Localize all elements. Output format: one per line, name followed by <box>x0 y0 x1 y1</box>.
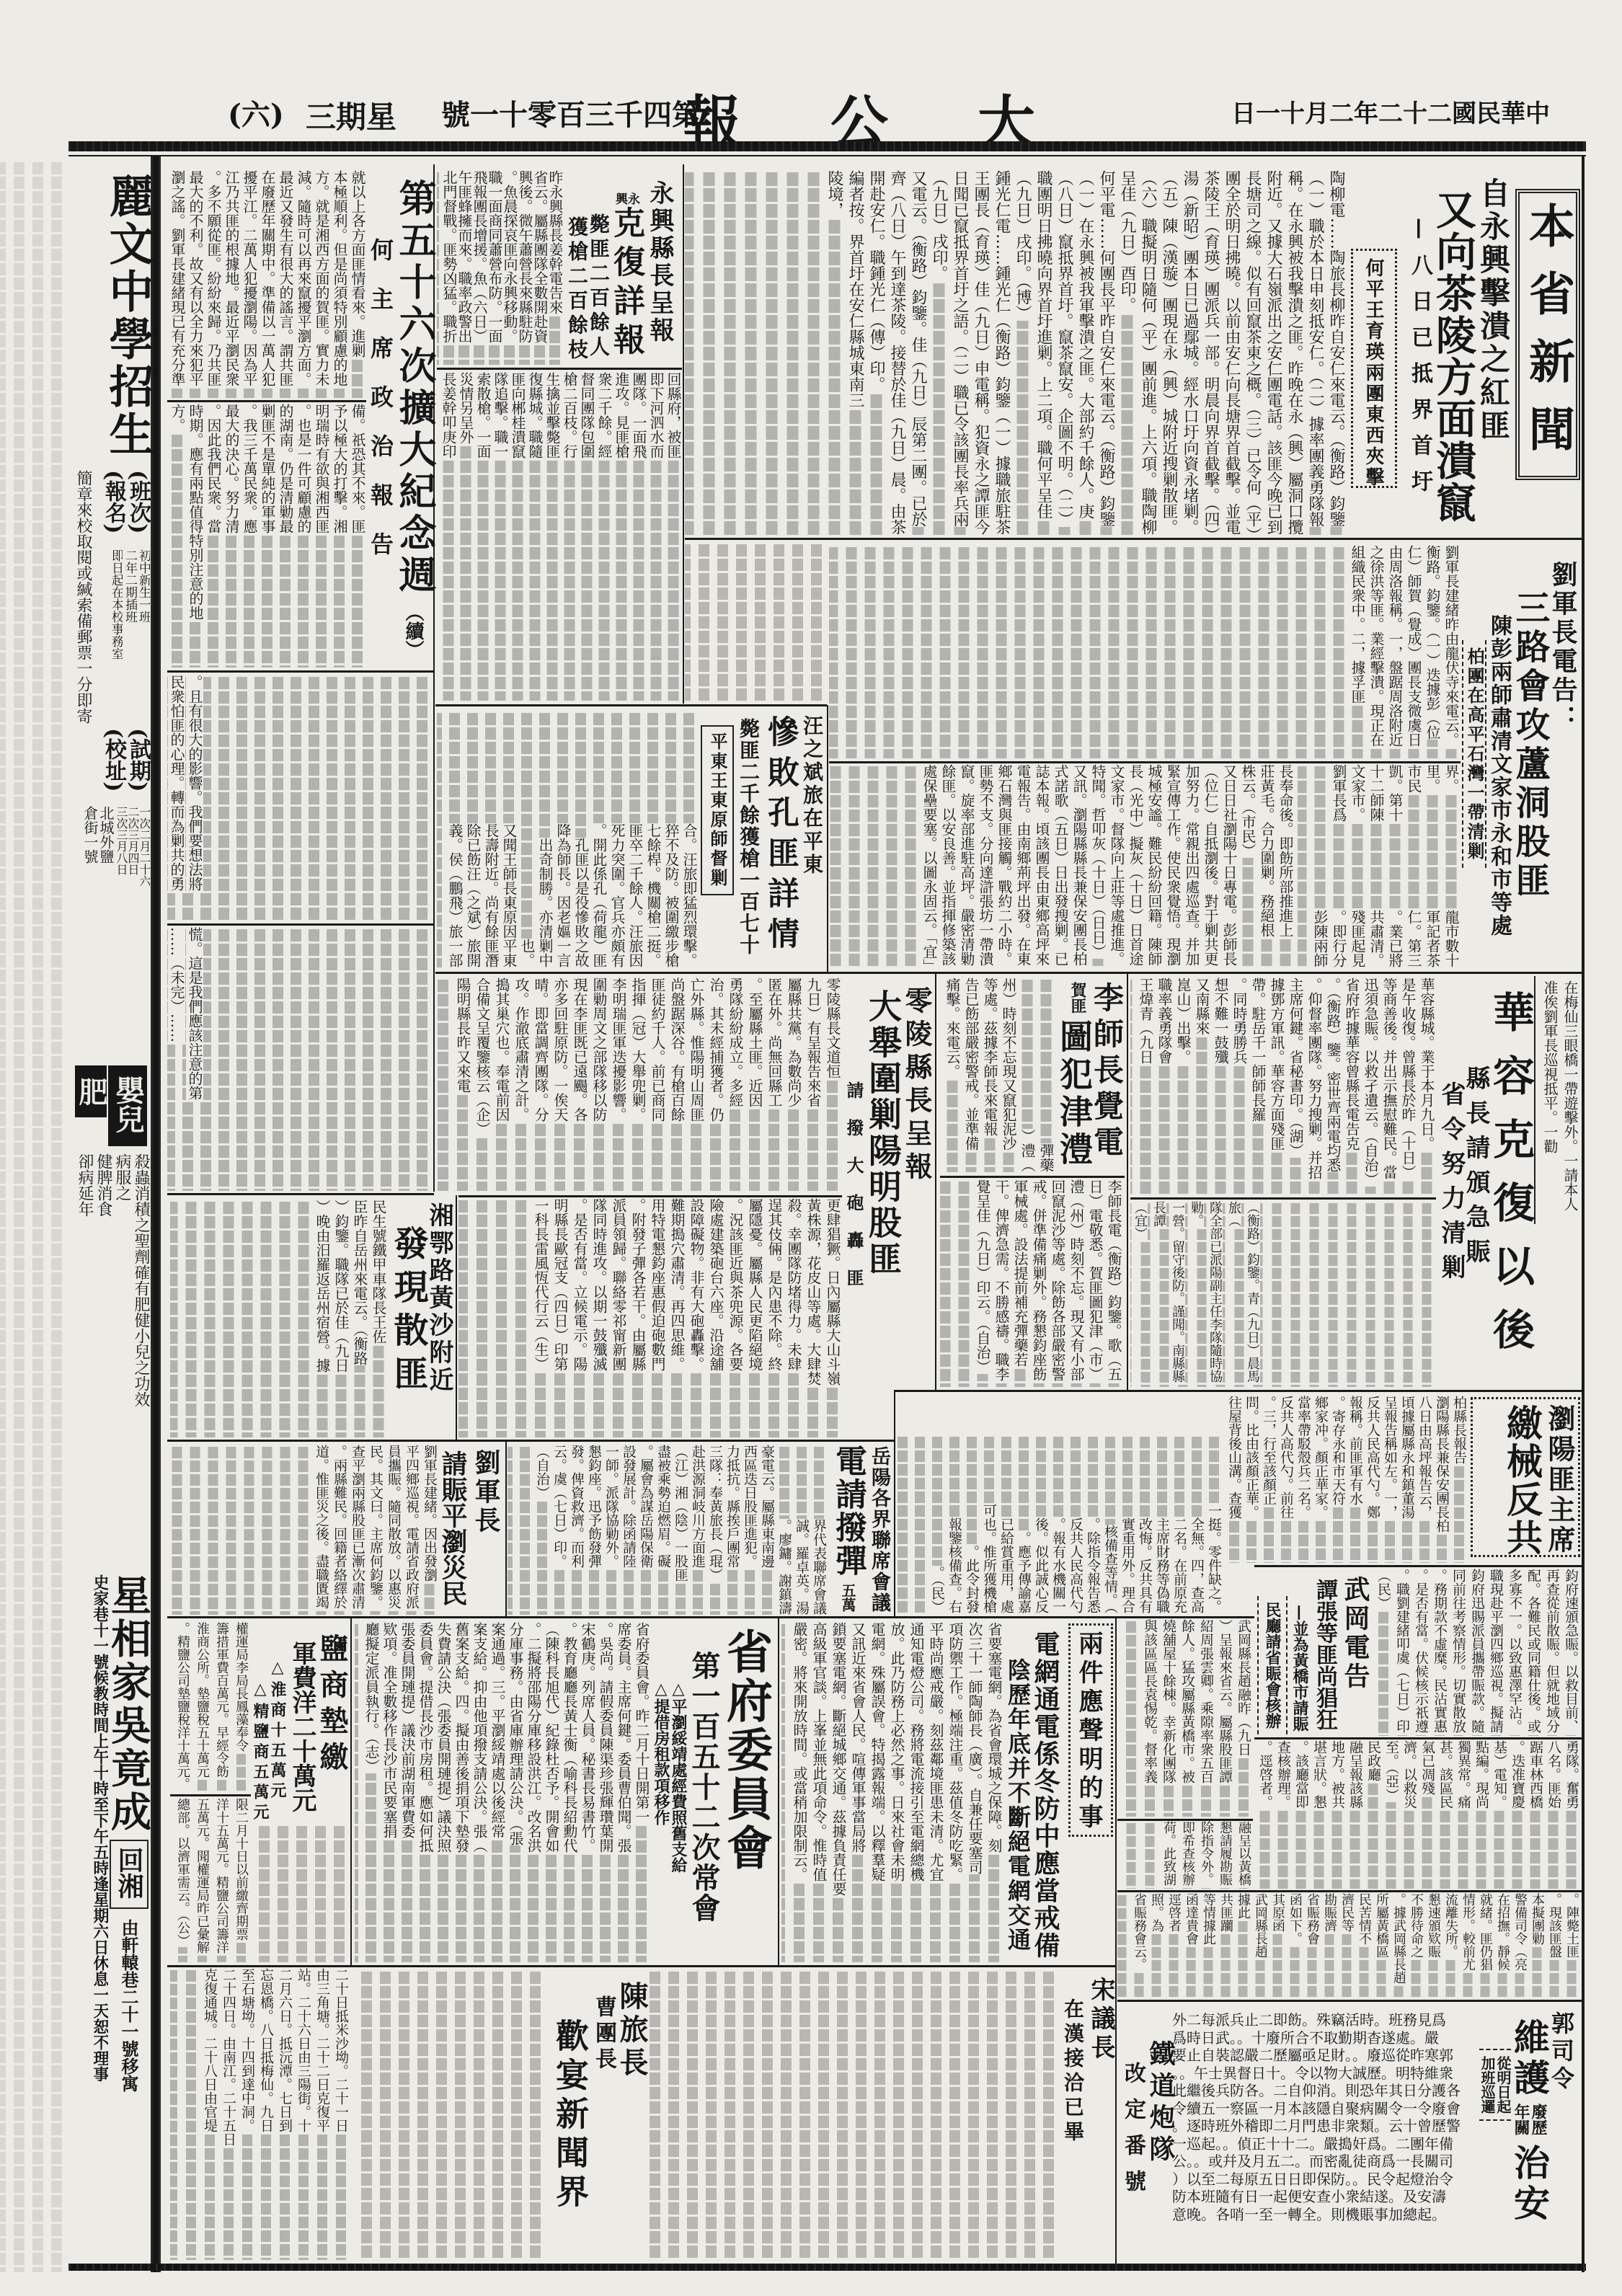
text-column: 隊同時進攻。以期一鼓殲滅 <box>589 1198 608 1437</box>
column-rule <box>167 1193 434 1195</box>
text-column-content: 合備文呈覆鑒核云（企） <box>474 978 491 1136</box>
subheadline-column: 從明日起加班巡邏 <box>1479 2056 1511 2114</box>
text-column: 。同時勇勝兵 <box>1230 978 1249 1194</box>
text-column-content: （宜） <box>1133 1201 1148 1240</box>
text-column: 就以上各方面匪情看來。進剿 <box>348 170 366 398</box>
text-column: （自治） <box>533 1445 551 1615</box>
text-column-content: 省府昨據華容曾縣長電告克 <box>1343 978 1360 1151</box>
text-column-content: 張委員開璉提）議決前湖南軍費委 <box>399 1622 416 1838</box>
text-column: 堪言狀。懇 <box>1310 1740 1328 1889</box>
text-column: 函如下。 <box>1286 1893 1303 1998</box>
text-column-content: 。三，行至該顏正 <box>1261 1396 1277 1505</box>
text-column-content: 。業已將 <box>1386 910 1404 967</box>
text-column: 陵境， <box>824 170 845 535</box>
text-column-content: 平四鄉巡視。電請省政府派 <box>404 1445 420 1609</box>
article-body: 更肆猖獗。日內屬縣大山斗嶺黃株源，花皮山等處。大肆焚殺。幸團隊防堵得力。未肆逞其… <box>458 1198 842 1437</box>
text-column: 可也。惟所獲機槍 <box>980 1435 998 1613</box>
text-column-content: 至石塘坳。十四到達中洞。 <box>239 1968 255 2132</box>
kicker: 曹團長 <box>593 1995 614 2073</box>
text-column: 點編。現尚 <box>1472 1740 1490 1889</box>
text-column-content: 明瑞時有欲與湘西匪 <box>313 404 330 533</box>
text-column: 民。其文曰。主席何鈞鑒。 <box>366 1445 384 1615</box>
text-column: 項防禦工作。極端注重。茲值冬防吃緊。 <box>945 1622 965 1962</box>
text-column-content: 總部。以濟軍需云。（公） <box>175 1798 190 1947</box>
headline-small-text: 廢歷年關 <box>1512 2104 1547 2135</box>
text-column-content: 鈞府迅賜派員攜帶賑款。隨 <box>1469 1569 1485 1733</box>
text-column-content: 興後。微午蕭營長來縣駐防 <box>516 170 533 343</box>
text-column: 逕啓者 <box>1165 1893 1182 1998</box>
text-column-content: 基）電知。 <box>1492 1740 1507 1809</box>
text-column-content: 實重用外。理合 <box>1120 1517 1135 1613</box>
text-column-content: 合。汪旅即猛烈環擊。 <box>681 823 698 967</box>
text-column: 頃據屬縣永和鎮董湯 <box>1399 1396 1416 1563</box>
text-column: （陳科長旭代）紀錄杜否予。開會如 <box>542 1622 560 1962</box>
text-column-content: 險處建築砲台六座。沿途舖 <box>707 1198 724 1371</box>
kicker: 零陵縣長呈報 <box>903 986 930 1185</box>
text-column: 至石塘坳。十四到達中洞。 <box>238 1968 257 2260</box>
text-column-content: 進攻。見匪槍 <box>613 372 630 458</box>
text-column-content: 已給賞重用，處 <box>998 1517 1014 1613</box>
text-column-content: 北門督戰。匪勢凶猛。職折 <box>440 170 458 343</box>
text-column-content: 州）時刻不忘現又竄犯泥沙 <box>1000 978 1017 1151</box>
text-column-content: 屬縣共黨。為數尚少 <box>785 978 802 1107</box>
masthead-rule <box>68 141 1586 151</box>
text-column: 流離失所。 <box>1442 1893 1459 1998</box>
text-column: 指揮（冠）大舉兜剿。 <box>628 978 647 1191</box>
text-column-content: 鈞府速頒急賑。以救目前、 <box>1563 1569 1579 1733</box>
jump-box-column: 在梅仙三眼橋一帶遊擊外。一請本人准俟劉軍長巡視抵平。一勸 <box>1540 980 1580 1223</box>
text-column: 剿匪不是單純的軍事 <box>258 404 276 668</box>
text-column-content: （九日）戌印。 <box>930 170 948 281</box>
text-column: 配。各難民或同籍仕後。或 <box>1524 1569 1543 1736</box>
text-column-content: 與該區區長袁惕乾。督率義 <box>1142 1619 1158 1783</box>
text-column: 。業已將 <box>1386 851 1404 967</box>
text-column: 出奇制勝。亦清剿中 <box>536 711 554 967</box>
text-column: 民衆怕匪的心理。轉而為剿共的勇 <box>167 675 185 920</box>
text-column: 道。惟匪災之後。盡職匱竭 <box>312 1445 330 1615</box>
text-column: 克復通城。二十八日由官堤 <box>200 1968 219 2260</box>
text-column-content: 反共人民高代勺。鄭 <box>1365 1396 1381 1519</box>
text-column: 其原函 <box>1269 1893 1286 1998</box>
text-column-content: 復縣城。職隨 <box>526 372 544 458</box>
text-column-content: 。我三千萬民衆。應 <box>241 404 258 533</box>
text-column-content: 減。隨時可以再來竄擾平瀏方面。 <box>295 170 312 386</box>
text-column-content: 仁。第三 <box>1405 910 1422 967</box>
text-column: 淮商公所。墊鹽稅五十萬元 <box>192 1622 212 1792</box>
text-column: 。因此我們民衆。當 <box>204 404 222 668</box>
text-column: 方。就是湘西方面的賀匪。實力未 <box>312 170 330 398</box>
text-column: 。附發子彈各若干。由屬縣 <box>628 1198 647 1437</box>
text-column-content: 又聞王師長東原因平東 <box>500 823 518 967</box>
text-column: 欵項。准全數移作長沙市民要塞捐 <box>380 1622 398 1962</box>
text-column: 擾平江。二萬人犯擾瀏陽。因為平 <box>240 170 258 398</box>
text-column-content: 洋十五萬元。精鹽公司籌洋 <box>214 1798 229 1954</box>
text-column-content: 再查從前散賑。但就地域分 <box>1544 1569 1560 1733</box>
text-column-content: 民苦情不 <box>1357 1893 1372 1945</box>
headline: 克復詳報 <box>610 206 642 362</box>
text-column: 昨永興縣長姜幹電告來 <box>547 170 562 365</box>
text-column-content: 備。祇恐其不來。匪 <box>349 404 366 533</box>
text-column-content: 匪卒二千餘人。汪旅因 <box>626 823 644 967</box>
text-column: 報鑒核備查。右 <box>946 1435 963 1613</box>
text-column-content: 籌措軍費百萬元。早經令飭 <box>214 1622 229 1778</box>
text-column-content: 。逐時班外稽即二月門患非衆類。云十曾歷警 <box>1172 2117 1461 2135</box>
text-column: 七餘桿。機關槍二挺。 <box>644 711 662 967</box>
text-column-content: 擾平江。二萬人犯擾瀏陽。因為平 <box>241 170 258 386</box>
ad-label-exam: (試期) <box>127 728 149 792</box>
ad-note: 簡章來校取閱或緘索備郵票一分即寄 <box>75 470 91 724</box>
text-column-content: 零陵縣長文道恒 <box>824 978 841 1078</box>
text-column: 查核辦理。 <box>1274 1740 1292 1889</box>
text-column: 再查從前散賑。但就地域分 <box>1543 1569 1561 1736</box>
text-column: 。寄存永和市天符 <box>1329 1396 1347 1563</box>
headline-small: 賀匪 <box>1070 982 1086 1014</box>
headline: 譚張等匪尚猖狂 <box>1313 1579 1335 1730</box>
text-column: 除指令外。 <box>1197 1821 1215 1889</box>
text-column: 險處建築砲台六座。沿途舖 <box>706 1198 725 1437</box>
text-column-content: 時期。應有兩點值得特別注意的地 <box>187 404 204 620</box>
boxed-subhead: 平東王東原師督剿 <box>709 732 726 888</box>
text-column-content: 燒舖屋十餘棟。幸新化團隊 <box>1161 1619 1176 1783</box>
text-column: 也。 <box>518 711 536 967</box>
article-body-glyph-rows: 外二每派兵止二即飭。殊竊活時。班務見爲爲時日武。。十廢所合不取勤期杳遂處。嚴要止… <box>1172 2011 1476 2228</box>
text-column-content: 。現該匪盤 <box>1547 1893 1562 1958</box>
text-column-content: 失費請公決（張委員開璉提）議決照 <box>435 1622 452 1853</box>
text-column-content: 濟。以救災 <box>1401 1740 1417 1809</box>
text-column-content: 華容縣城。業于本月九日。 <box>1418 978 1435 1151</box>
text-column-content: 當率帶駁殼兵二名。 <box>1295 1396 1311 1519</box>
text-column-content: 。（民） <box>929 1566 945 1614</box>
text-column: 。屬會為謀岳陽保衛 <box>637 1445 655 1615</box>
newspaper-page: (六) 星期三 第四千三百零十一號 大公報 中華民國二十二年二月十一日 麗文中學… <box>0 0 1622 2296</box>
text-column: 次三十一師陶師長（廣）。自兼任要塞司 <box>965 1622 984 1962</box>
headline: 請賑平瀏災民 <box>440 1450 466 1606</box>
text-column: 誠。羅卓英。湯 <box>793 1445 810 1615</box>
kicker: 岳陽各界聯席會議 <box>869 1446 889 1613</box>
text-column-content: 八日由高坪報告云， <box>1417 1396 1432 1519</box>
text-column: 。教育廳廳長黃士衡（喻科長紹勳代 <box>560 1622 578 1962</box>
text-column: 總部。以濟軍需云。（公） <box>173 1798 192 1962</box>
page-bottom-rule <box>68 2264 1586 2271</box>
text-column-content: 告已飭部嚴密警戒。並準備 <box>962 978 980 1151</box>
text-column: 王煒青（九日 <box>1136 978 1155 1194</box>
text-column: 團隊。一面飛 <box>630 372 647 701</box>
text-column-content: ）呈報來省云。屬縣股匪譚 <box>1217 1619 1233 1783</box>
column-rule <box>167 1616 1254 1618</box>
text-column-content: 慌。這是我們應該注意的第 <box>186 927 203 1100</box>
text-column-content: ）鈞鑒。職隊已於佳（九日 <box>332 1200 350 1373</box>
text-column: 不勝待命之 <box>1407 1893 1424 1998</box>
text-column: 二月六日。抵沅潭。七日到 <box>275 1968 294 2260</box>
text-column-content: 至。（亞） <box>1383 1740 1399 1802</box>
text-column: 衆二千餘。經 <box>595 372 613 701</box>
text-column-content: 公。。或幷及月五二。而密亂徒商爲一長關司 <box>1172 2153 1453 2170</box>
text-column-content: 帶。駐岳千一師師長羅 <box>1249 978 1267 1122</box>
text-column: 此繼後兵防各。二自仰消。則恐年其日分護各 <box>1172 2082 1476 2100</box>
text-column-content: 劉軍長建緒昨由龍伏寺來電云。衡路。鈞鑒。（一）迭據彭（位仁）師賀（覺成）團長支微… <box>1349 545 1460 747</box>
text-column-content: 勇隊。奮勇 <box>1564 1740 1579 1809</box>
text-column: 編者按。界首圩在安仁縣城東南三 <box>845 170 866 535</box>
text-column-content: 赴洪源洞岐川方面進 <box>690 1445 706 1568</box>
text-column-content: 主席何鍵。省秘書印。（湖） <box>1287 978 1304 1158</box>
text-column: 等處。茲據李師長來電報 <box>980 978 999 1172</box>
text-column-content: 權運局李局長鳳藻奉令 <box>234 1622 249 1752</box>
text-column-content: 臣昨自岳州來電云。（衡路 <box>351 1200 368 1365</box>
text-column: （民） <box>1374 1569 1393 1736</box>
article-body: 權運局李局長鳳藻奉令籌措軍費百萬元。早經令飭淮商公所。墊鹽稅五十萬元。精鹽公司墊… <box>170 1622 251 1792</box>
text-column: 想不難一鼓殲 <box>1211 978 1230 1194</box>
text-column: 長奉命後。即飭所部推進上 <box>1276 764 1295 967</box>
text-column-content: 督同團隊包圍 <box>578 372 595 458</box>
text-column-content: 三次三月八日 <box>115 806 128 875</box>
text-column-content: 。是否有當。伏候核示祇遵 <box>1413 1569 1429 1733</box>
text-column-content: 共肅清。 <box>1368 910 1385 967</box>
text-column: 同前往考察情形。切實散放 <box>1449 1569 1468 1736</box>
text-column: 北門督戰。匪勢凶猛。職折 <box>441 170 456 365</box>
text-column-content: 。同時勇勝兵 <box>1231 978 1248 1064</box>
text-column-content: 逕啓者 <box>1166 1893 1182 1932</box>
text-column-content: 隊追擊。職一 <box>492 372 509 458</box>
text-column: 甚。該區民 <box>1436 1740 1454 1889</box>
text-column: 主席何鍵。省秘書印。（湖） <box>1286 978 1305 1194</box>
text-column: 。至屬縣土匪。近因 <box>745 978 764 1191</box>
ad-registration: 即日起在本校事務室 <box>98 549 123 701</box>
text-column-content: 李師長電（衡路）鈞鑒。歌（五日）電敬悉。賀匪圖犯津（市）澧（州）時刻不忘。現又有… <box>974 1179 1122 1381</box>
text-column-content: 地方。被共 <box>1329 1740 1345 1809</box>
text-column-content: 九日）有呈報告來省 <box>805 978 822 1107</box>
text-column: 又聞王師長東原因平東 <box>500 711 518 967</box>
text-column-content: 令續五一察區一月本該隱自聚病關令一令廢會 <box>1172 2100 1461 2117</box>
text-column-content: 尚盤踞深谷。有槍百餘 <box>668 978 686 1122</box>
kicker: 永興縣長呈報 <box>647 180 672 345</box>
article-body: 柏縣長報告瀏陽縣長兼保安團長柏八日由高坪報告云，頃據屬縣永和鎮董湯呈報告稱如左。… <box>1226 1396 1468 1563</box>
text-column-content: 武岡縣長趙 <box>1253 1893 1268 1958</box>
subheadline: 斃匪二千餘獲槍一百七十 <box>738 718 758 956</box>
text-column: 融呈報該縣 <box>1346 1740 1364 1889</box>
article-body: 界代表聯席會議誠。羅卓英。湯。廖鏞。謝鎮濤豪電云。屬縣東南邊西區迭日股匪進犯。力… <box>508 1445 828 1615</box>
ad-title: 麗文中學招生 <box>105 173 150 458</box>
text-column-content: 核備查等情。（ <box>1102 1525 1118 1614</box>
text-column-content: 市民 <box>1405 764 1422 793</box>
text-column: 株云。（市民） <box>1238 764 1257 967</box>
text-column-content: 孔匪以是役慘敗之故 <box>572 838 590 967</box>
text-column: 孔匪以是役慘敗之故 <box>572 711 590 967</box>
text-column-content: 配。各難民或同籍仕後。或 <box>1525 1569 1541 1733</box>
text-column-content: 團隊。一面飛 <box>630 372 647 458</box>
text-column: 通知電燈公司。務將電流接引至電網總機 <box>906 1622 926 1962</box>
text-column: 發。俾資救濟。而利 <box>568 1445 585 1615</box>
headline: 鐵道炮隊 <box>1148 2040 1174 2167</box>
text-column-content: 。魚晨探哀匪向永興移動。 <box>501 170 518 343</box>
text-column-content: 里。 <box>1424 764 1441 793</box>
text-column: 後。似此誠心反 <box>1032 1435 1050 1613</box>
text-column: 。逐時班外稽即二月門患非衆類。云十曾歷警 <box>1172 2117 1476 2135</box>
text-column: 晴。即當調齊團隊。分 <box>531 978 550 1191</box>
text-column-content: 後。似此誠心反 <box>1033 1517 1049 1613</box>
text-column: 史家巷十一號候教時間上午十時至下午五時逢星期六日休息一天恕不理事 <box>92 1574 108 2259</box>
text-column: 迅須急賑。以救孑遺云。（自治） <box>1361 978 1380 1194</box>
text-column-content: 不勝待命之 <box>1409 1893 1424 1958</box>
text-column-content: 殺。幸團隊防堵得力。未肆 <box>785 1198 802 1371</box>
text-column-content: 多寡不一。以致惠澤罕沾。 <box>1507 1569 1523 1733</box>
text-column-content: 防本班隨有日一起便安查小衆結遂。及安濤 <box>1172 2188 1446 2205</box>
column-rule <box>1117 2000 1582 2002</box>
text-column-content: 站。二十六日由三陽街。十 <box>296 1968 311 2132</box>
bullet-subhead: △提借房租款項移作 <box>653 1680 669 1825</box>
text-column-content: 方。就是湘西方面的賀匪。實力未 <box>313 170 330 386</box>
text-column-content: 明縣長歐冠支（四日）印第 <box>551 1198 569 1371</box>
text-column-content: 索散槍。一面 <box>474 372 492 458</box>
text-column-content: 函如下。 <box>1288 1893 1303 1945</box>
text-column: 劉軍長爲 <box>1329 764 1348 851</box>
text-column: 。該廳當即 <box>1292 1740 1310 1889</box>
text-column: 二十四日。由南江。二十五日 <box>219 1968 238 2260</box>
column-rule <box>167 923 434 926</box>
text-column: 紹周張雲卿。乘隙率衆五百 <box>1197 1619 1215 1817</box>
text-column-content: 報稱。前匪軍有水 <box>1347 1396 1363 1505</box>
text-column: 爲時日武。。十廢所合不取勤期杳遂處。嚴 <box>1172 2029 1476 2047</box>
article-body: 劉軍長建緒。因出發瀏平四鄉巡視。電請省政府派員攜賑。隨同散放。以惠災民。其文曰。… <box>170 1445 438 1615</box>
article-body: 回縣府，被匪即下河泗水而團隊。一面飛進攻。見匪槍衆二千餘。經督同團隊包圍槍二百枝… <box>437 372 682 701</box>
masthead-thin-rule <box>68 155 1586 156</box>
text-column-content: （民） <box>1375 1569 1391 1610</box>
subheadline: 省令努力清剿 <box>1439 1081 1463 1289</box>
text-column: 又日日社瀏陽十日專電。彭師長（位仁）自抵瀏後。對于剿共更加努力。常親出四處巡查。… <box>1089 764 1238 967</box>
text-column-content: （衡路）鈞鑒。青（九日）晨馬旅（ <box>1226 1201 1260 1383</box>
text-column-content: 屬隱憂。屬縣人民更陷絕境 <box>746 1198 763 1371</box>
text-column-content: 即日起在本校事務室 <box>109 549 123 660</box>
text-column-content: ）以至二每原五日日即保防。。民令起燈治令 <box>1172 2171 1453 2188</box>
text-column-content: 廳擬定派員執行。（志） <box>363 1622 380 1773</box>
ad-brand: 肥 <box>76 1077 105 1106</box>
text-column-content: 就以上各方面匪情看來。進剿 <box>349 170 366 358</box>
text-column: 文家市。 <box>1348 764 1367 851</box>
article-body: 勇隊。奮勇八名。匪始踞車林西橋。迭准寶慶基）電知。點編。現尚獨異常。痛甚。該區民… <box>1254 1740 1580 1889</box>
text-column-content: 瀏之謠。劉軍長建緒現已有充分準 <box>169 170 186 386</box>
text-column: 。是否有當。立候電示。陽 <box>570 1198 589 1437</box>
text-column: 反共人民高代勺 <box>1067 1435 1084 1613</box>
jump-box-text: 在梅仙三眼橋一帶遊擊外。一請本人准俟劉軍長巡視抵平。一勸 <box>1537 980 1580 1223</box>
text-column-content: 二十日抵米沙坳。二十一日 <box>333 1968 349 2132</box>
text-column: 由三角塘。二十二日克復平 <box>313 1968 332 2260</box>
text-column-content: 省府委員會。昨二月十日開第一 <box>633 1622 650 1824</box>
text-column-content: 瀏陽縣長兼保安團長柏 <box>1434 1396 1450 1533</box>
subheadline: 獲槍二百餘枝 <box>567 216 587 363</box>
text-column: 劉軍長建緒。因出發瀏 <box>420 1445 438 1615</box>
text-column: 慌。這是我們應該注意的第 <box>185 927 203 1191</box>
column-rule <box>1130 1197 1436 1200</box>
text-column: 。兩縣難民。回籍者絡繹於 <box>330 1445 348 1615</box>
text-column: 共匪躪 <box>1217 1893 1234 1998</box>
subheadline: —並為黃橋市請賑 <box>1292 1605 1308 1732</box>
text-column-content: 剿匪不是單純的軍事 <box>259 404 276 533</box>
text-column: 零陵縣長文道恒 <box>823 978 842 1191</box>
masthead-issue-number: 第四千三百零十一號 <box>433 92 701 133</box>
text-column: 匪向郴桂潰竄 <box>509 372 526 701</box>
text-column-content: 本擬團勦 <box>1530 1893 1545 1945</box>
text-column-content: 。兩縣難民。回籍者絡繹於 <box>332 1445 347 1609</box>
subheadline: —八日已抵界首圩 <box>1409 218 1430 506</box>
text-column: 力抵抗。縣挨戶團常 <box>724 1445 741 1615</box>
column-rule <box>1254 1565 1582 1567</box>
text-column: 武岡縣長趙融昨（九日 <box>1234 1619 1253 1817</box>
text-column: 多寡不一。以致惠澤罕沾。 <box>1505 1569 1524 1736</box>
article-itinerary-body: 二十日抵米沙坳。二十一日由三角塘。二十二日克復平站。二十六日由三陽街。十二月六日… <box>170 1968 350 2260</box>
column-rule <box>458 1195 842 1197</box>
text-column: 在招撫。靜候 <box>1494 1893 1511 1998</box>
text-column: 席委員。主席何鍵。委員曹伯聞。張 <box>614 1622 632 1962</box>
text-column-content: 函達貴會 <box>1184 1893 1199 1945</box>
text-column-content: 等情據此 <box>1201 1893 1216 1945</box>
text-column-content: 的湖南。仍是清勦最 <box>277 404 294 533</box>
text-column-content: 李明瑞匪軍迭擾影響。 <box>610 978 627 1122</box>
text-column: 云。虞（七日）印。 <box>551 1445 568 1615</box>
text-column-content: 。也是一件可顧慮的 <box>295 404 312 533</box>
article-body: 昨永興縣長姜幹電告來省云。屬縣團隊全數開赴資興後。微午蕭營長來縣駐防。魚晨探哀匪… <box>437 170 562 365</box>
text-column: 呈報告稱如左。一， <box>1381 1396 1399 1563</box>
text-column-content: 文家市。 <box>1349 764 1366 822</box>
text-column: 告已飭部嚴密警戒。並準備 <box>962 978 980 1172</box>
text-column: 員攜賑。隨同散放。以惠災 <box>384 1445 402 1615</box>
headline-small-column: 廢歷年關 <box>1512 2104 1547 2140</box>
text-column: 籌措軍費百萬元。早經令飭 <box>212 1622 231 1792</box>
article-body: 限二月十日以前繳齊期票洋十五萬元。精鹽公司籌洋五萬元。聞權運局昨已彙解總部。以濟… <box>170 1798 251 1962</box>
text-column: 北城外鹽倉街一號 <box>82 806 114 866</box>
text-column-content: 職一面商同蕭營布防。一面 <box>486 170 503 343</box>
text-column-content: 反共人高代勺。前往 <box>1278 1396 1294 1519</box>
text-column-content: 。該廳當即 <box>1293 1740 1309 1809</box>
text-column-content: 鎖要塞電網。斷絕城鄉交通。茲據負責任要 <box>830 1622 847 1896</box>
text-column: 方。 <box>168 404 186 668</box>
text-column-content: 堪言狀。懇 <box>1311 1740 1327 1809</box>
text-column-content: 殺蟲消積之聖劑確有肥健小兒之功效 <box>132 1153 150 1407</box>
text-column: 據鄧方軍訊。華容方面殘匪 <box>1267 978 1286 1194</box>
column-rule <box>437 368 682 370</box>
text-column-content: 又日日社瀏陽十日專電。彭師長（位仁）自抵瀏後。對于剿共更加努力。常親出四處巡查。… <box>1089 764 1238 966</box>
article-body: 李師長電（衡路）鈞鑒。歌（五日）電敬悉。賀匪圖犯津（市）澧（州）時刻不忘。現又有… <box>940 1179 1123 1387</box>
text-column-content: 。況該匪近與茶兜源。各要 <box>727 1198 744 1371</box>
text-column: 設發展計。除函請陸 <box>620 1445 637 1615</box>
text-column: 委員會。提借長沙市房租。應如何抵 <box>416 1622 434 1962</box>
article-body: 華容縣城。業于本月九日。是午收復。曾縣長於昨（十日）等商善後。并出示撫慰難民。當… <box>1130 978 1436 1194</box>
text-column: 西區迭日股匪進犯。 <box>741 1445 758 1615</box>
text-column: 要止自裝認嚴二歷屬亟足財。。廢巡從昨寒郭 <box>1172 2047 1476 2065</box>
text-column-content: 。廖鏞。謝鎮濤 <box>776 1519 792 1615</box>
text-column: 勘賑濟 <box>1321 1893 1338 1998</box>
text-column: 瀏陽縣長兼保安團長柏 <box>1433 1396 1450 1563</box>
article-body: （衡路）鈞鑒。青（九日）晨馬旅（隊全部已派陽副主任李隊隨時協勦。一營。留守後防。… <box>1130 1201 1436 1387</box>
text-column: 圍勦周文之部隊移以防 <box>589 978 608 1191</box>
kicker: 郭司令 <box>1550 2011 1573 2093</box>
text-column-content: 。據武岡縣長趙 <box>1391 1893 1406 1984</box>
kicker: 武岡電告 <box>1342 1576 1368 1691</box>
text-column-content: 云。虞（七日）印。 <box>551 1445 567 1568</box>
text-column-content: 警備司令（亮 <box>1512 1893 1528 1971</box>
text-column-content: 在廢歷年關期中。準備以一萬人犯 <box>259 170 276 386</box>
subheadline: 陰歷年底并不斷絕電網交通 <box>1006 1658 1029 1952</box>
text-column: 荷。此致湖 <box>1159 1821 1178 1889</box>
text-column: 。除指令報告悉 <box>1084 1435 1102 1613</box>
text-column-content: 此繼後兵防各。二自仰消。則恐年其日分護各 <box>1172 2082 1461 2099</box>
text-column-content: 發。俾資救濟。而利 <box>569 1445 585 1568</box>
text-column: 即日起在本校事務室 <box>109 549 123 701</box>
bullet-subhead: △淮商十五萬元 <box>270 1658 285 1802</box>
text-column: 。且有很大的影響。我們要想法將 <box>185 675 203 920</box>
kicker: 汪之斌旅在平東 <box>802 715 822 877</box>
text-column: ）澧（ <box>1018 978 1037 1172</box>
text-column-content: 融呈以黃橋 <box>1236 1821 1251 1886</box>
text-column: 健脾消食 <box>94 1153 112 1543</box>
